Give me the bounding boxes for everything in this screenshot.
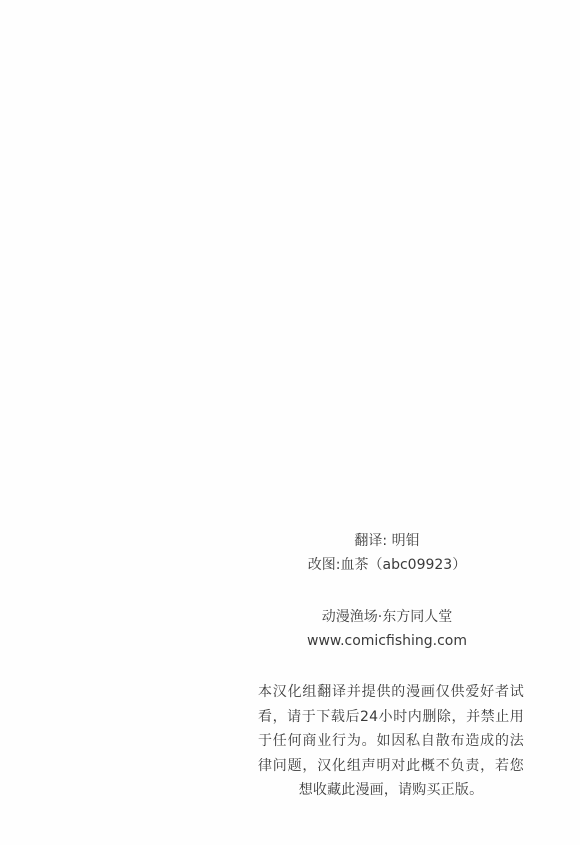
comic-credits-page: 翻译: 明钼 改图:血茶（abc09923） 动漫渔场·东方同人堂 www.co…	[0, 0, 580, 845]
scanlation-group-name: 动漫渔场·东方同人堂	[237, 608, 537, 626]
group-website: www.comicfishing.com	[237, 632, 537, 650]
disclaimer-notice: 本汉化组翻译并提供的漫画仅供爱好者试 看，请于下载后24小时内删除，并禁止用 于…	[258, 680, 524, 803]
disclaimer-line: 本汉化组翻译并提供的漫画仅供爱好者试	[258, 680, 524, 705]
disclaimer-line: 看，请于下载后24小时内删除，并禁止用	[258, 705, 524, 730]
disclaimer-line: 律问题，汉化组声明对此概不负责，若您	[258, 754, 524, 779]
disclaimer-line: 于任何商业行为。如因私自散布造成的法	[258, 729, 524, 754]
translator-credit: 翻译: 明钼	[237, 532, 537, 550]
editor-credit: 改图:血茶（abc09923）	[237, 556, 537, 574]
disclaimer-line: 想收藏此漫画，请购买正版。	[258, 778, 524, 803]
